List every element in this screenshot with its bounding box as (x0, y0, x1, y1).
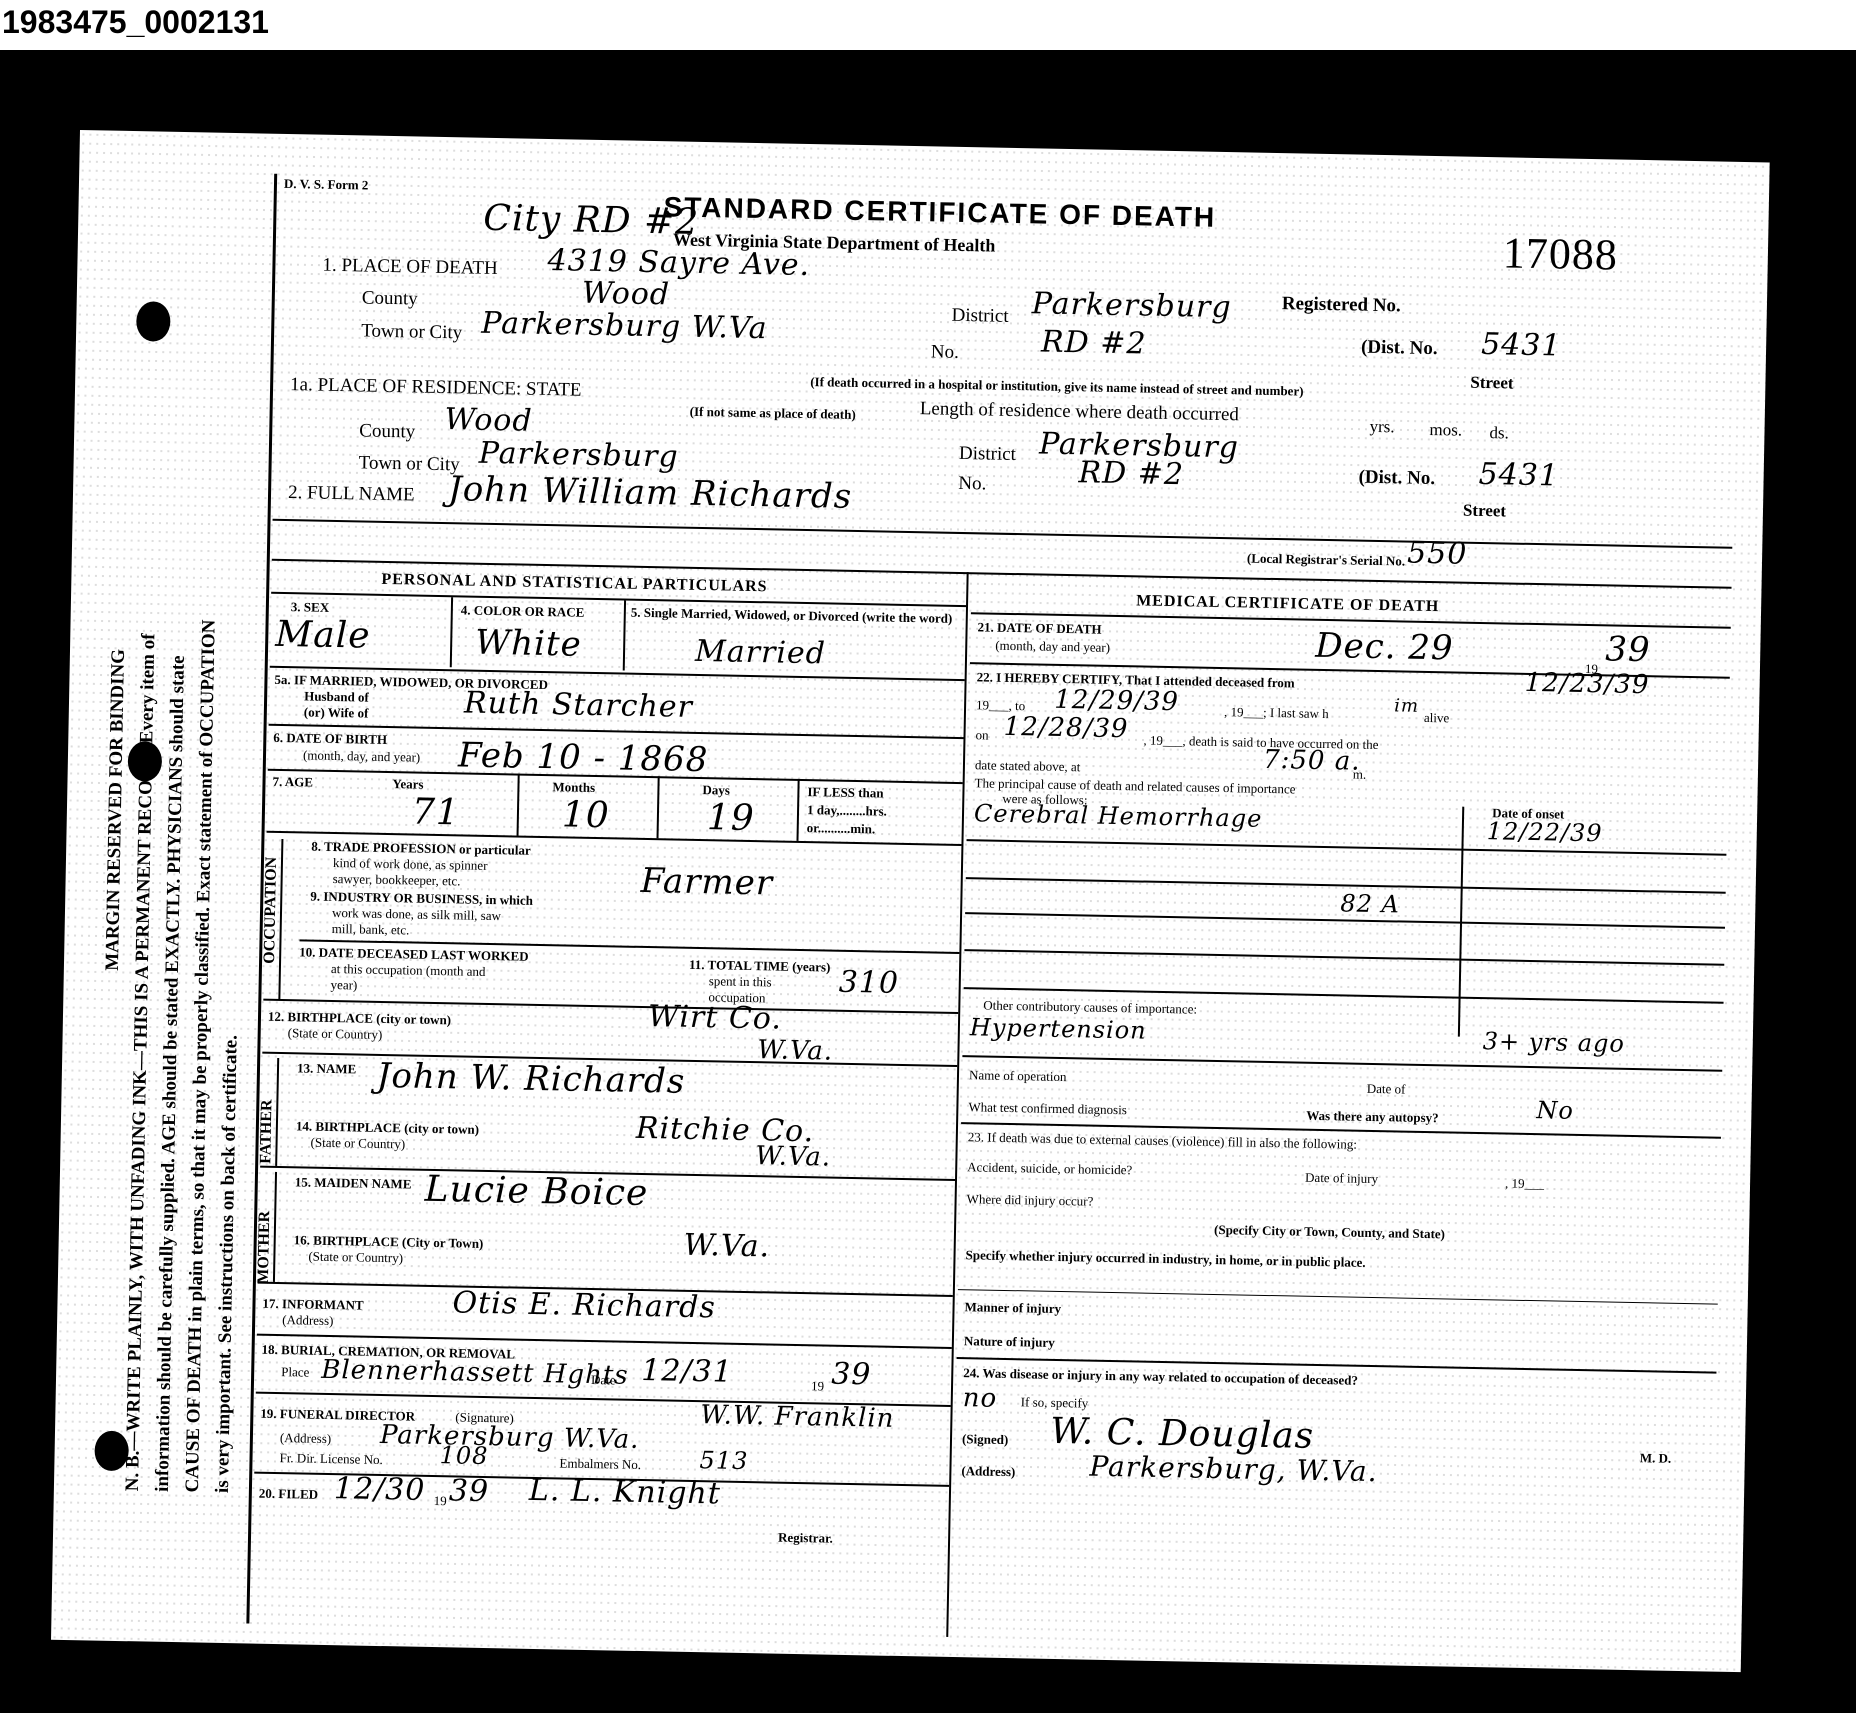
informant-field[interactable]: Otis E. Richards (452, 1285, 716, 1325)
age-years-field[interactable]: 71 (412, 792, 461, 834)
birthplace-city-field[interactable]: Wirt Co. (648, 999, 783, 1037)
cause-1-field[interactable]: Cerebral Hemorrhage (974, 799, 1263, 833)
last-saw-pronoun-field[interactable]: im (1394, 695, 1419, 716)
physician-address[interactable]: Parkersburg, W.Va. (1089, 1450, 1378, 1489)
sex-field[interactable]: Male (275, 614, 371, 657)
town-field[interactable]: Parkersburg W.Va (481, 306, 768, 346)
registrar-signature[interactable]: L. L. Knight (529, 1473, 722, 1512)
embalmer-no-field[interactable]: 513 (699, 1446, 748, 1475)
race-field[interactable]: White (475, 623, 582, 665)
filed-date-field[interactable]: 12/30 (334, 1471, 426, 1508)
father-side-label: FATHER (257, 1099, 276, 1164)
street-number-field[interactable]: RD #2 (1041, 324, 1147, 361)
death-certificate: MARGIN RESERVED FOR BINDING N. B.—WRITE … (51, 130, 1770, 1672)
dist-no-field[interactable]: 5431 (1481, 327, 1562, 364)
residence-county-field[interactable]: Wood (444, 402, 533, 439)
funeral-director-signature[interactable]: W.W. Franklin (700, 1400, 895, 1434)
age-months-field[interactable]: 10 (562, 794, 611, 836)
funeral-director-address[interactable]: Parkersburg W.Va. (380, 1420, 640, 1455)
mother-maiden-name-field[interactable]: Lucie Boice (424, 1169, 648, 1214)
file-header: 1983475_0002131 (0, 0, 1856, 50)
other-onset-field[interactable]: 3+ yrs ago (1482, 1027, 1625, 1058)
residence-town-field[interactable]: Parkersburg (479, 436, 679, 475)
certificate-number: 17088 (1502, 227, 1618, 280)
form-code: D. V. S. Form 2 (284, 176, 369, 194)
marital-status-field[interactable]: Married (695, 634, 826, 672)
onset-1-field[interactable]: 12/22/39 (1487, 817, 1603, 847)
total-time-field[interactable]: 310 (838, 965, 899, 1001)
filed-year-field[interactable]: 39 (449, 1473, 490, 1509)
time-of-death-field[interactable]: 7:50 a. (1263, 745, 1361, 777)
mother-side-label: MOTHER (255, 1211, 274, 1284)
age-days-field[interactable]: 19 (707, 797, 756, 839)
trade-field[interactable]: Farmer (640, 861, 773, 904)
cause-2-field[interactable]: 82 A (1340, 889, 1400, 918)
mother-birthplace-field[interactable]: W.Va. (683, 1228, 770, 1265)
occupation-side-label: OCCUPATION (261, 857, 281, 964)
occupation-related-field[interactable]: no (963, 1383, 998, 1414)
county-field[interactable]: Wood (582, 276, 671, 313)
date-of-death-year-field[interactable]: 39 (1605, 629, 1651, 670)
last-saw-date-field[interactable]: 12/28/39 (1003, 712, 1128, 744)
date-of-death-field[interactable]: Dec. 29 (1315, 626, 1454, 669)
father-birthplace-state-field[interactable]: W.Va. (755, 1141, 831, 1172)
spouse-field[interactable]: Ruth Starcher (464, 685, 694, 724)
file-id: 1983475_0002131 (2, 4, 269, 41)
serial-no-field[interactable]: 550 (1407, 536, 1468, 572)
residence-dist-no-field[interactable]: 5431 (1478, 457, 1559, 494)
margin-instructions: MARGIN RESERVED FOR BINDING N. B.—WRITE … (88, 241, 262, 1494)
form-title: STANDARD CERTIFICATE OF DEATH (663, 191, 1216, 234)
burial-place-field[interactable]: Blennerhassett Hghts (321, 1355, 629, 1391)
district-field[interactable]: Parkersburg (1032, 286, 1232, 325)
other-cause-field[interactable]: Hypertension (970, 1013, 1147, 1044)
license-no-field[interactable]: 108 (439, 1441, 488, 1470)
burial-date-field[interactable]: 12/31 (641, 1353, 733, 1390)
form-body: D. V. S. Form 2 City RD #2 STANDARD CERT… (246, 174, 1744, 1662)
residence-street-field[interactable]: RD #2 (1078, 455, 1184, 492)
burial-year-field[interactable]: 39 (831, 1357, 872, 1393)
attended-from-field[interactable]: 12/23/39 (1524, 668, 1649, 700)
full-name-field[interactable]: John William Richards (448, 469, 853, 517)
autopsy-field[interactable]: No (1536, 1096, 1574, 1125)
father-name-field[interactable]: John W. Richards (377, 1056, 686, 1102)
